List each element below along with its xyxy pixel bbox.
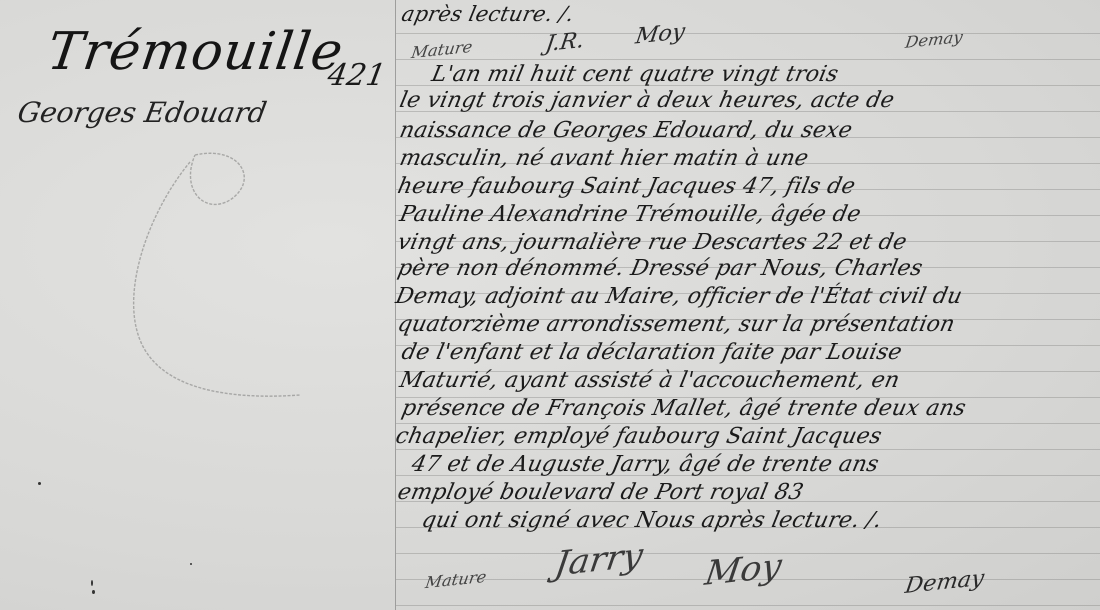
previous-signature-1: Mature: [410, 37, 474, 62]
record-body: après lecture. /. Mature J.R. Moy Demay …: [396, 0, 1100, 610]
closing-signature-2: Jarry: [552, 536, 645, 585]
margin-given-names: Georges Edouard: [15, 96, 269, 129]
record-line: le vingt trois janvier à deux heures, ac…: [397, 88, 896, 113]
record-line: chapelier, employé faubourg Saint Jacque…: [393, 424, 884, 449]
record-line: L'an mil huit cent quatre vingt trois: [429, 62, 840, 87]
record-line: 47 et de Auguste Jarry, âgé de trente an…: [409, 452, 881, 477]
previous-signature-4: Demay: [904, 27, 964, 52]
previous-entry-tail: après lecture. /.: [399, 2, 576, 26]
previous-signature-3: Moy: [634, 20, 687, 50]
margin-column: Trémouille Georges Edouard 421: [0, 0, 395, 610]
record-line: masculin, né avant hier matin à une: [397, 146, 810, 171]
margin-surname: Trémouille: [44, 22, 348, 82]
record-line: naissance de Georges Edouard, du sexe: [397, 118, 854, 143]
record-line: présence de François Mallet, âgé trente …: [399, 396, 968, 421]
record-line: père non dénommé. Dressé par Nous, Charl…: [395, 256, 925, 281]
record-line: Pauline Alexandrine Trémouille, âgée de: [397, 202, 863, 227]
closing-signature-1: Mature: [424, 567, 488, 592]
record-line: quatorzième arrondissement, sur la prése…: [395, 312, 957, 337]
register-page: Trémouille Georges Edouard 421 après lec…: [0, 0, 1100, 610]
record-line: de l'enfant et la déclaration faite par …: [399, 340, 904, 365]
closing-signature-3: Moy: [702, 546, 784, 594]
entry-number: 421: [325, 58, 388, 93]
record-line: heure faubourg Saint Jacques 47, fils de: [395, 174, 857, 199]
record-line: qui ont signé avec Nous après lecture. /…: [419, 508, 884, 533]
record-line: employé boulevard de Port royal 83: [395, 480, 805, 505]
record-line: vingt ans, journalière rue Descartes 22 …: [395, 230, 909, 255]
pencil-flourish-mark: [120, 150, 360, 420]
closing-signature-4: Demay: [903, 566, 985, 599]
previous-signature-2: J.R.: [544, 28, 586, 57]
record-line: Demay, adjoint au Maire, officier de l'É…: [393, 284, 964, 309]
record-line: Maturié, ayant assisté à l'accouchement,…: [397, 368, 902, 393]
